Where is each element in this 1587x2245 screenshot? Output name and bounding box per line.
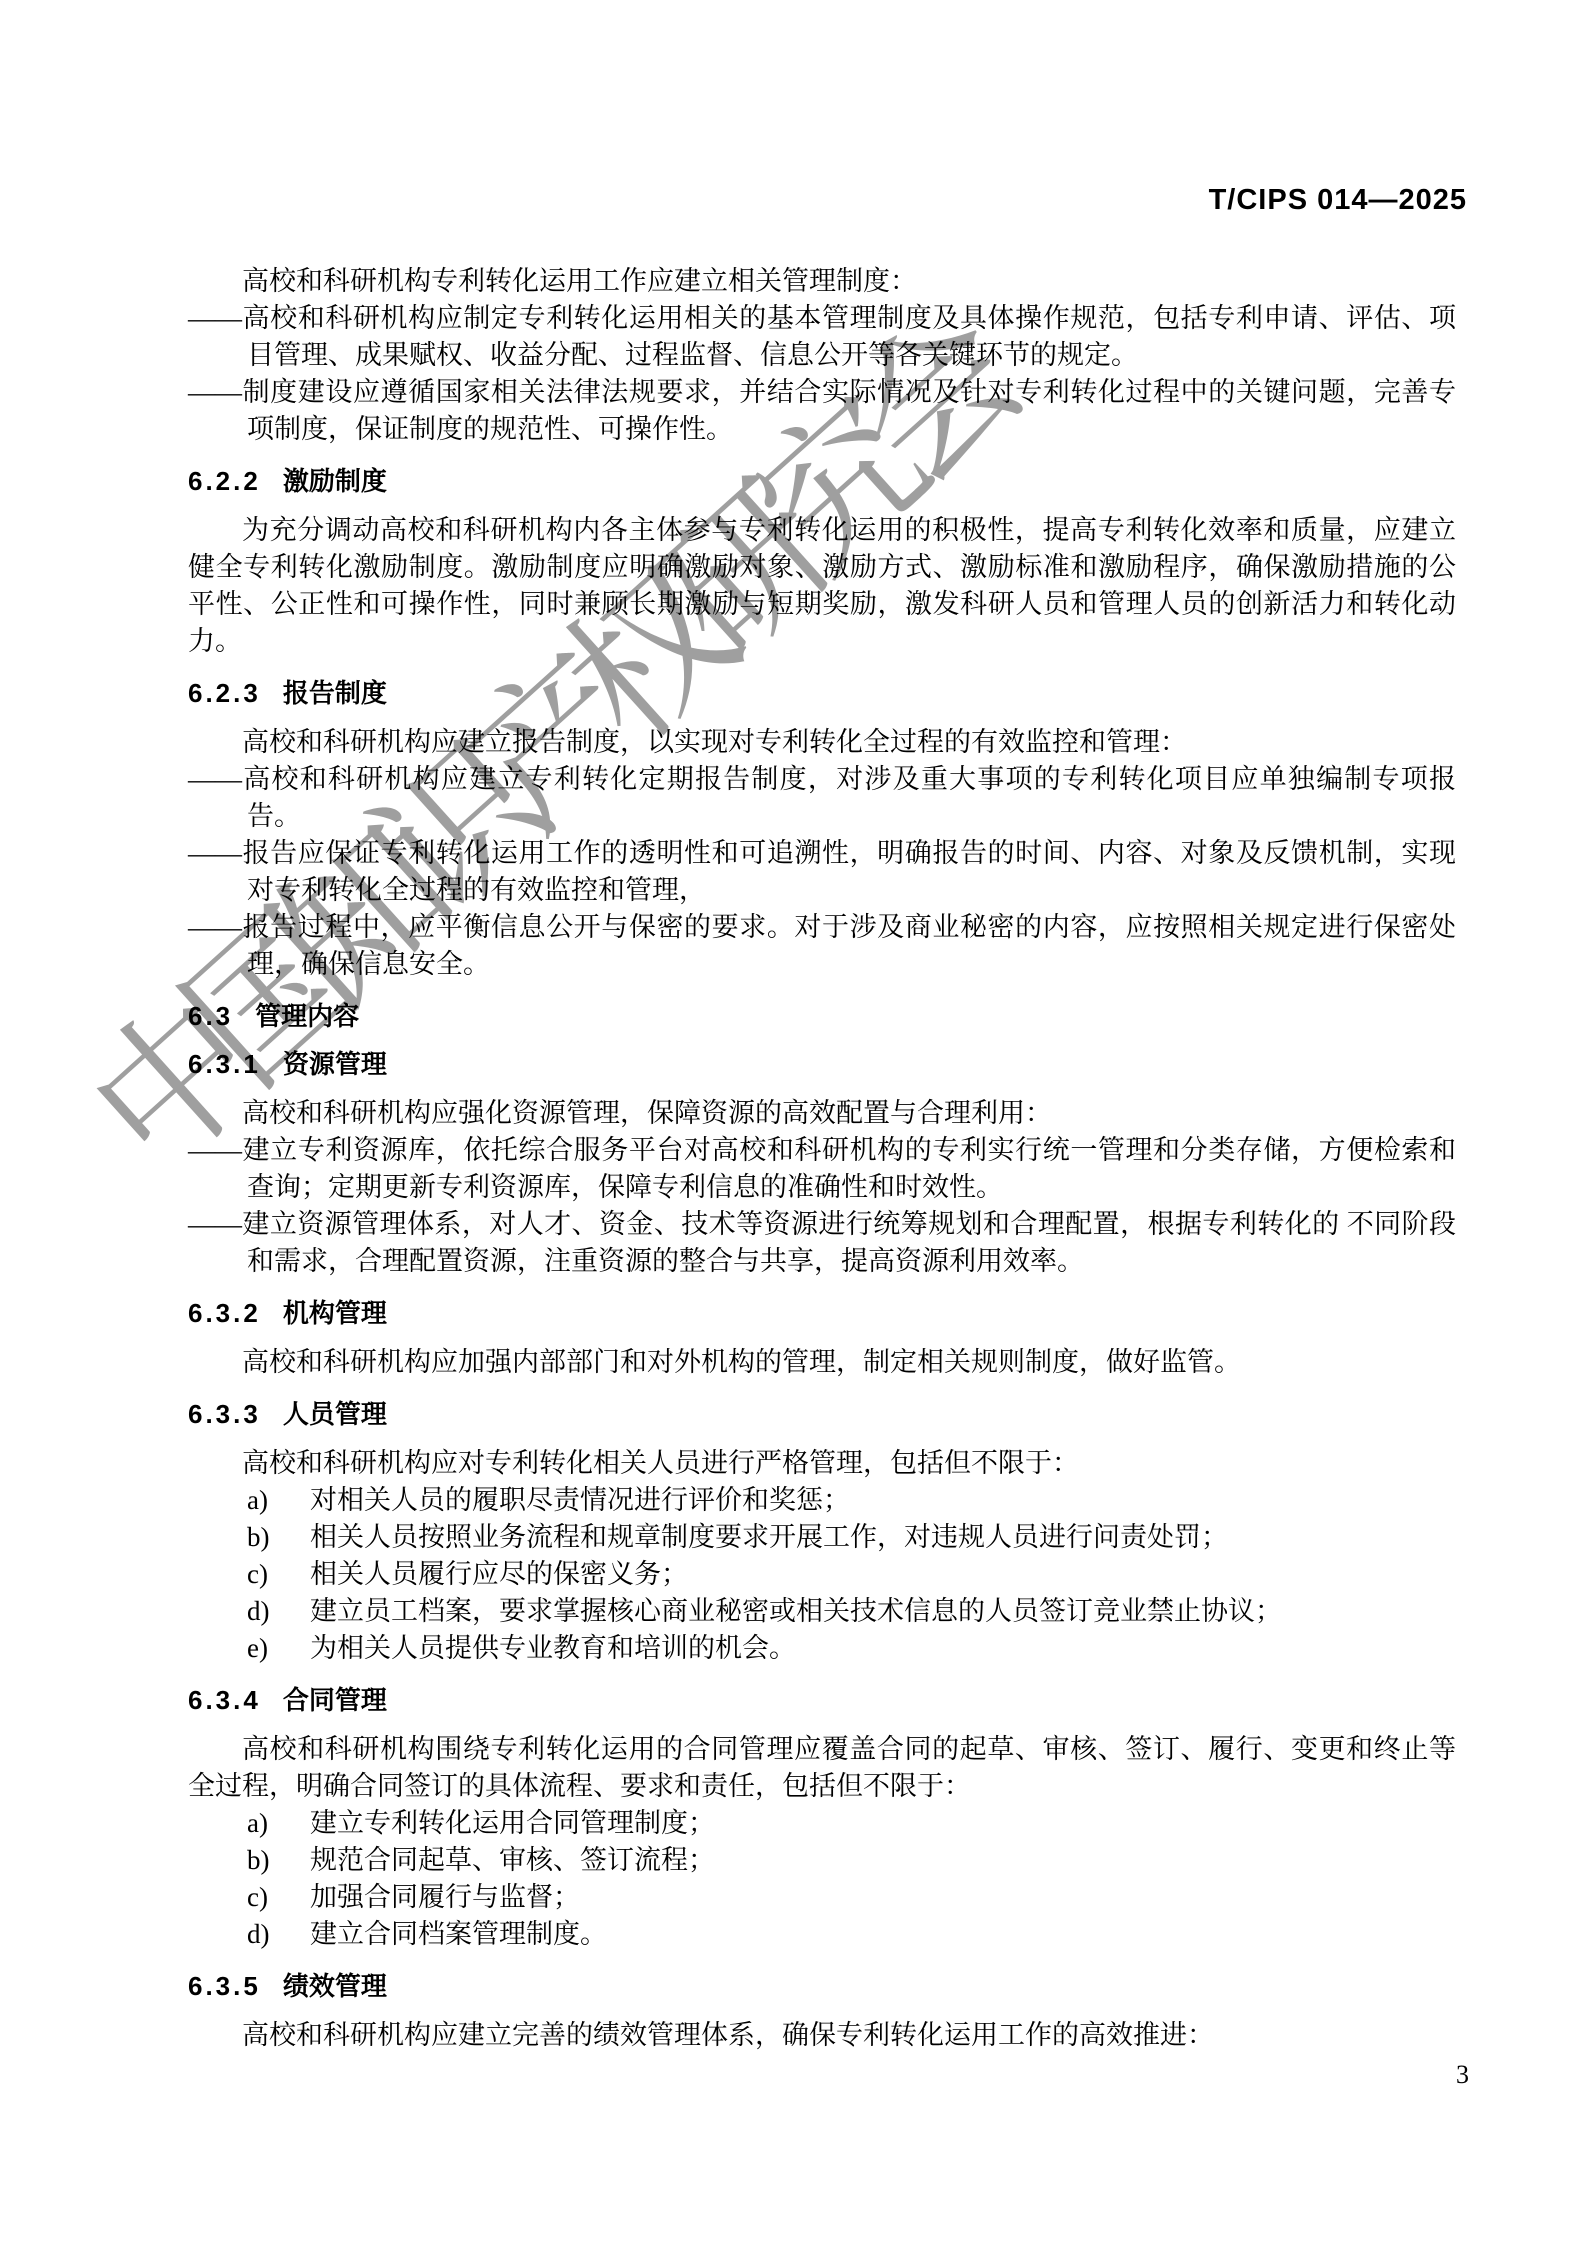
dash-list-item: ——制度建设应遵循国家相关法律法规要求，并结合实际情况及针对专利转化过程中的关键…: [188, 374, 1456, 448]
section-heading-6-3: 6.3管理内容: [188, 1001, 1456, 1031]
section-title: 合同管理: [283, 1685, 387, 1715]
section-heading-6-3-1: 6.3.1资源管理: [188, 1049, 1456, 1079]
section-number: 6.3.2: [188, 1298, 261, 1328]
section-number: 6.2.3: [188, 678, 261, 708]
paragraph-report-system-intro: 高校和科研机构应建立报告制度，以实现对专利转化全过程的有效监控和管理：: [188, 724, 1456, 761]
paragraph-performance-management-intro: 高校和科研机构应建立完善的绩效管理体系，确保专利转化运用工作的高效推进：: [188, 2017, 1456, 2054]
paragraph-incentive-system: 为充分调动高校和科研机构内各主体参与专利转化运用的积极性，提高专利转化效率和质量…: [188, 512, 1456, 660]
section-heading-6-3-5: 6.3.5绩效管理: [188, 1971, 1456, 2001]
standard-number-header: T/CIPS 014—2025: [1209, 184, 1467, 217]
dash-list-item: ——报告应保证专利转化运用工作的透明性和可追溯性，明确报告的时间、内容、对象及反…: [188, 835, 1456, 909]
alpha-list-item: d)建立员工档案，要求掌握核心商业秘密或相关技术信息的人员签订竞业禁止协议；: [247, 1593, 1456, 1630]
document-body: 高校和科研机构专利转化运用工作应建立相关管理制度： ——高校和科研机构应制定专利…: [188, 263, 1456, 2054]
list-item-text: 为相关人员提供专业教育和培训的机会。: [310, 1633, 796, 1663]
section-title: 机构管理: [283, 1298, 387, 1328]
list-item-text: 建立合同档案管理制度。: [310, 1919, 607, 1949]
paragraph-intro-management-system: 高校和科研机构专利转化运用工作应建立相关管理制度：: [188, 263, 1456, 300]
alpha-list-item: a)对相关人员的履职尽责情况进行评价和奖惩；: [247, 1482, 1456, 1519]
list-item-text: 相关人员履行应尽的保密义务；: [310, 1559, 688, 1589]
section-heading-6-3-2: 6.3.2机构管理: [188, 1298, 1456, 1328]
list-item-text: 建立专利转化运用合同管理制度；: [310, 1808, 715, 1838]
dash-list-item: ——报告过程中，应平衡信息公开与保密的要求。对于涉及商业秘密的内容，应按照相关规…: [188, 909, 1456, 983]
list-item-label: c): [247, 1556, 310, 1593]
alpha-list-item: b)相关人员按照业务流程和规章制度要求开展工作，对违规人员进行问责处罚；: [247, 1519, 1456, 1556]
section-title: 激励制度: [283, 466, 387, 496]
section-heading-6-3-4: 6.3.4合同管理: [188, 1685, 1456, 1715]
section-heading-6-2-3: 6.2.3报告制度: [188, 678, 1456, 708]
section-title: 管理内容: [255, 1001, 359, 1031]
list-item-label: a): [247, 1805, 310, 1842]
list-item-label: b): [247, 1519, 310, 1556]
dash-list-item: ——高校和科研机构应建立专利转化定期报告制度，对涉及重大事项的专利转化项目应单独…: [188, 761, 1456, 835]
alpha-list-item: d)建立合同档案管理制度。: [247, 1916, 1456, 1953]
list-item-text: 相关人员按照业务流程和规章制度要求开展工作，对违规人员进行问责处罚；: [310, 1522, 1228, 1552]
section-title: 人员管理: [283, 1399, 387, 1429]
section-number: 6.2.2: [188, 466, 261, 496]
page-number: 3: [1456, 2060, 1469, 2090]
list-item-label: e): [247, 1630, 310, 1667]
dash-list-item: ——建立专利资源库，依托综合服务平台对高校和科研机构的专利实行统一管理和分类存储…: [188, 1132, 1456, 1206]
list-item-text: 建立员工档案，要求掌握核心商业秘密或相关技术信息的人员签订竞业禁止协议；: [310, 1596, 1282, 1626]
alpha-list-item: b)规范合同起草、审核、签订流程；: [247, 1842, 1456, 1879]
section-title: 资源管理: [283, 1049, 387, 1079]
alpha-list-item: e)为相关人员提供专业教育和培训的机会。: [247, 1630, 1456, 1667]
list-item-label: a): [247, 1482, 310, 1519]
list-item-text: 对相关人员的履职尽责情况进行评价和奖惩；: [310, 1485, 850, 1515]
section-heading-6-2-2: 6.2.2激励制度: [188, 466, 1456, 496]
section-number: 6.3: [188, 1001, 233, 1031]
section-title: 报告制度: [283, 678, 387, 708]
section-number: 6.3.4: [188, 1685, 261, 1715]
alpha-list-item: c)加强合同履行与监督；: [247, 1879, 1456, 1916]
alpha-list-item: a)建立专利转化运用合同管理制度；: [247, 1805, 1456, 1842]
paragraph-organization-management: 高校和科研机构应加强内部部门和对外机构的管理，制定相关规则制度，做好监管。: [188, 1344, 1456, 1381]
alpha-list-item: c)相关人员履行应尽的保密义务；: [247, 1556, 1456, 1593]
list-item-label: c): [247, 1879, 310, 1916]
dash-list-item: ——建立资源管理体系，对人才、资金、技术等资源进行统筹规划和合理配置，根据专利转…: [188, 1206, 1456, 1280]
list-item-label: d): [247, 1593, 310, 1630]
paragraph-contract-management-intro: 高校和科研机构围绕专利转化运用的合同管理应覆盖合同的起草、审核、签订、履行、变更…: [188, 1731, 1456, 1805]
section-number: 6.3.5: [188, 1971, 261, 2001]
paragraph-personnel-management-intro: 高校和科研机构应对专利转化相关人员进行严格管理，包括但不限于：: [188, 1445, 1456, 1482]
list-item-text: 加强合同履行与监督；: [310, 1882, 580, 1912]
paragraph-resource-management-intro: 高校和科研机构应强化资源管理，保障资源的高效配置与合理利用：: [188, 1095, 1456, 1132]
section-number: 6.3.3: [188, 1399, 261, 1429]
section-heading-6-3-3: 6.3.3人员管理: [188, 1399, 1456, 1429]
list-item-label: b): [247, 1842, 310, 1879]
section-number: 6.3.1: [188, 1049, 261, 1079]
list-item-text: 规范合同起草、审核、签订流程；: [310, 1845, 715, 1875]
section-title: 绩效管理: [283, 1971, 387, 2001]
dash-list-item: ——高校和科研机构应制定专利转化运用相关的基本管理制度及具体操作规范，包括专利申…: [188, 300, 1456, 374]
list-item-label: d): [247, 1916, 310, 1953]
document-page: { "colors": { "background": "#ffffff", "…: [0, 0, 1587, 2245]
